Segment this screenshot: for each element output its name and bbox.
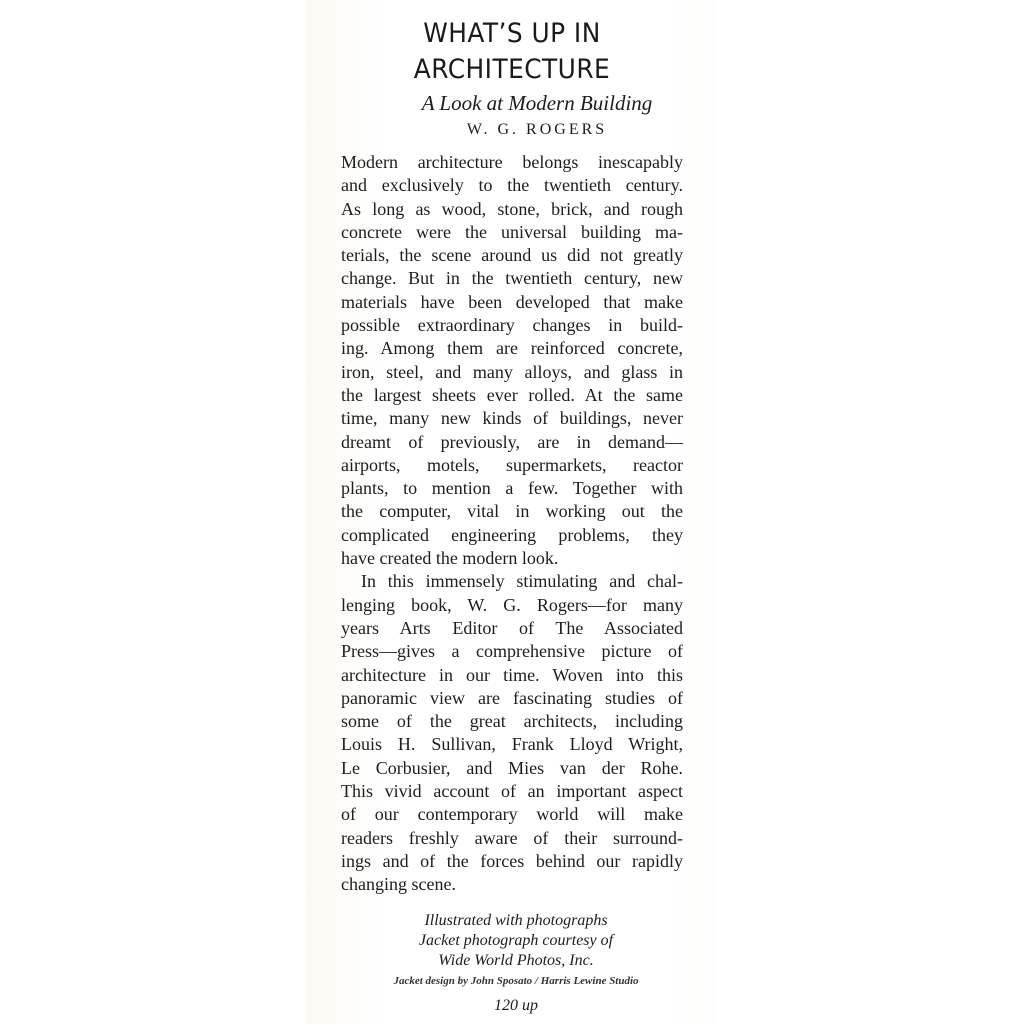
blurb-body: Modern architecture belongs inescapably … <box>341 151 683 897</box>
text-line: readers freshly aware of their surround- <box>341 827 683 850</box>
text-line: Le Corbusier, and Mies van der Rohe. <box>341 757 683 780</box>
text-line: of our contemporary world will make <box>341 803 683 826</box>
text-line: Press—gives a comprehensive picture of <box>341 640 683 663</box>
text-line: lenging book, W. G. Rogers—for many <box>341 594 683 617</box>
text-line: This vivid account of an important aspec… <box>341 780 683 803</box>
credits-block: Illustrated with photographs Jacket phot… <box>335 911 697 1016</box>
book-subtitle: A Look at Modern Building <box>381 91 693 115</box>
text-line: possible extraordinary changes in build- <box>341 314 683 337</box>
title-line-1: WHAT’S UP IN <box>355 16 670 52</box>
text-line: changing scene. <box>341 873 683 896</box>
book-title: WHAT’S UP IN ARCHITECTURE <box>355 0 670 88</box>
text-line: ings and of the forces behind our rapidl… <box>341 850 683 873</box>
text-line: complicated engineering problems, they <box>341 524 683 547</box>
text-line: materials have been developed that make <box>341 291 683 314</box>
text-line: concrete were the universal building ma- <box>341 221 683 244</box>
text-line: ing. Among them are reinforced concrete, <box>341 337 683 360</box>
text-line: the largest sheets ever rolled. At the s… <box>341 384 683 407</box>
jacket-design-credit: Jacket design by John Sposato / Harris L… <box>335 972 697 990</box>
text-line: Modern architecture belongs inescapably <box>341 151 683 174</box>
text-line: iron, steel, and many alloys, and glass … <box>341 361 683 384</box>
text-line: airports, motels, supermarkets, reactor <box>341 454 683 477</box>
text-line: As long as wood, stone, brick, and rough <box>341 198 683 221</box>
blurb-paragraph-1: Modern architecture belongs inescapably … <box>341 151 683 570</box>
text-line: dreamt of previously, are in demand— <box>341 431 683 454</box>
illustrated-note: Illustrated with photographs <box>335 911 697 931</box>
text-line: architecture in our time. Woven into thi… <box>341 664 683 687</box>
blurb-paragraph-2: In this immensely stimulating and chal- … <box>341 570 683 896</box>
text-line: time, many new kinds of buildings, never <box>341 407 683 430</box>
title-line-2: ARCHITECTURE <box>355 52 670 88</box>
book-jacket-page: WHAT’S UP IN ARCHITECTURE A Look at Mode… <box>0 0 1024 1024</box>
text-line: In this immensely stimulating and chal- <box>341 570 683 593</box>
flap-content: WHAT’S UP IN ARCHITECTURE A Look at Mode… <box>341 0 683 1016</box>
text-line: the computer, vital in working out the <box>341 500 683 523</box>
text-line: some of the great architects, including <box>341 710 683 733</box>
text-line: and exclusively to the twentieth century… <box>341 174 683 197</box>
text-line: change. But in the twentieth century, ne… <box>341 267 683 290</box>
text-line: have created the modern look. <box>341 547 683 570</box>
text-line: terials, the scene around us did not gre… <box>341 244 683 267</box>
text-line: years Arts Editor of The Associated <box>341 617 683 640</box>
text-line: Louis H. Sullivan, Frank Lloyd Wright, <box>341 733 683 756</box>
author-name: W. G. ROGERS <box>381 120 693 140</box>
jacket-photo-credit-line-2: Wide World Photos, Inc. <box>335 951 697 971</box>
jacket-photo-credit-line-1: Jacket photograph courtesy of <box>335 931 697 951</box>
text-line: plants, to mention a few. Together with <box>341 477 683 500</box>
text-line: panoramic view are fascinating studies o… <box>341 687 683 710</box>
price-code: 120 up <box>335 996 697 1016</box>
